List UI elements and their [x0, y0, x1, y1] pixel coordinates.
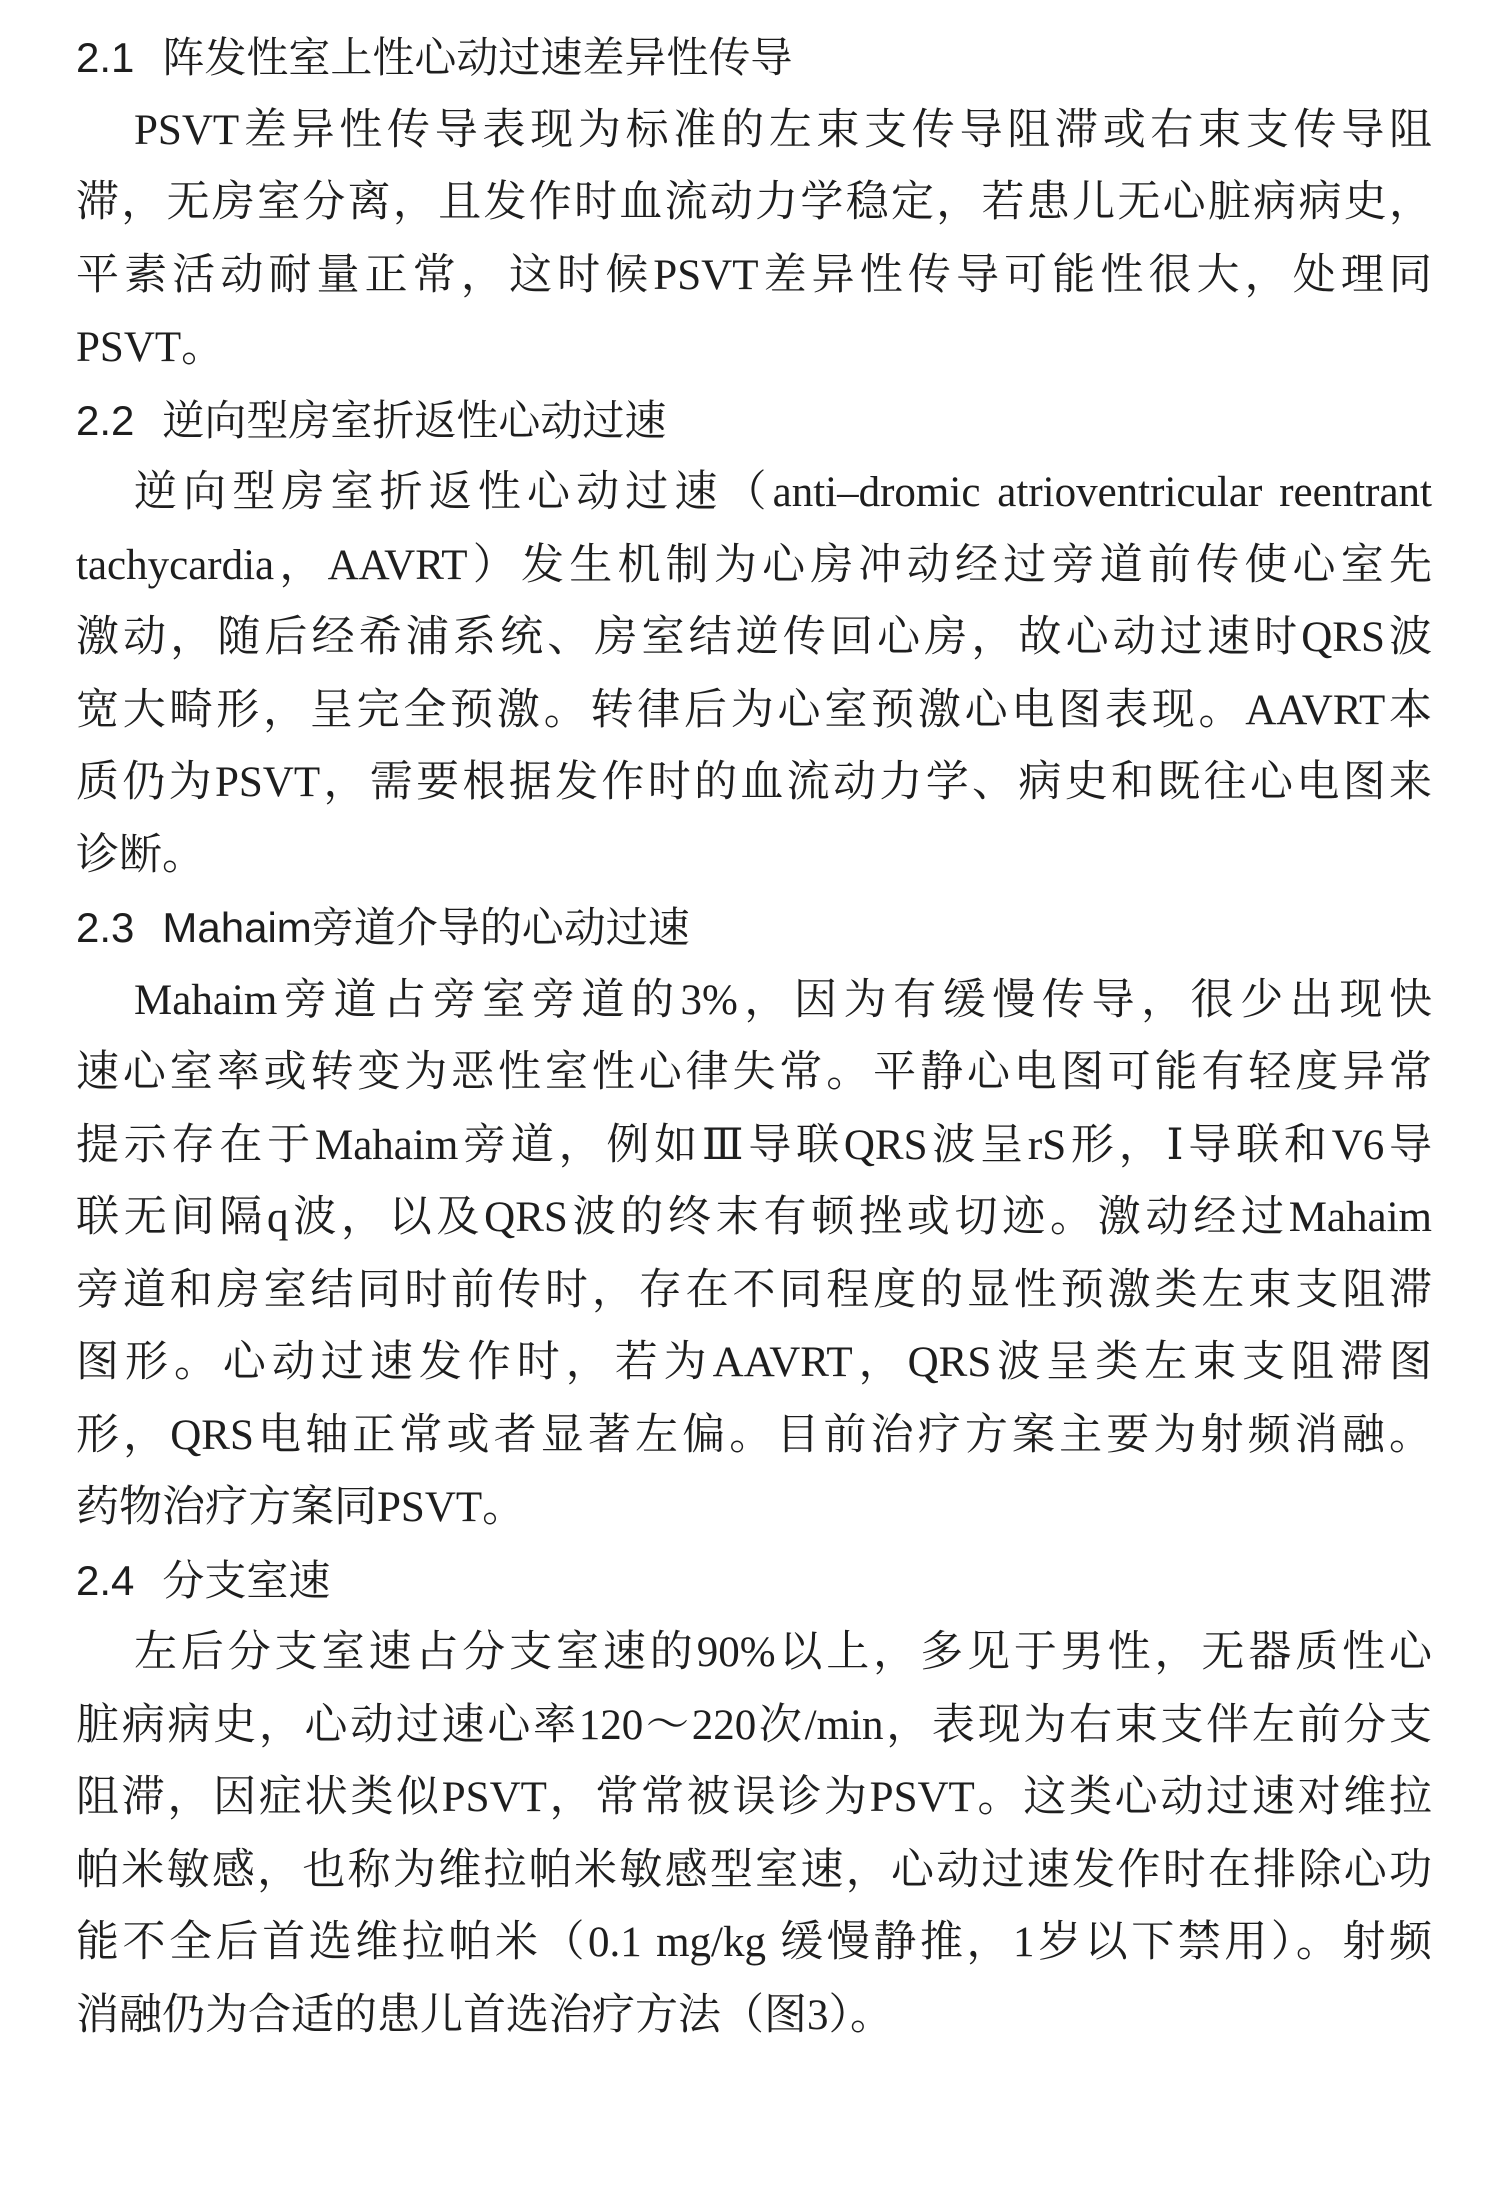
body-line: 速心室率或转变为恶性室性心律失常。平静心电图可能有轻度异常 — [76, 1037, 1432, 1110]
body-line: 逆向型房室折返性心动过速（anti–dromic atrioventricula… — [76, 457, 1432, 530]
body-line: 图形。心动过速发作时，若为AAVRT，QRS波呈类左束支阻滞图 — [76, 1327, 1432, 1400]
body-line: 诊断。 — [76, 820, 1432, 893]
body-line: 提示存在于Mahaim旁道，例如Ⅲ导联QRS波呈rS形，Ⅰ导联和V6导 — [76, 1110, 1432, 1183]
body-line: 阻滞，因症状类似PSVT，常常被误诊为PSVT。这类心动过速对维拉 — [76, 1762, 1432, 1835]
body-line: 旁道和房室结同时前传时，存在不同程度的显性预激类左束支阻滞 — [76, 1255, 1432, 1328]
body-line: 联无间隔q波，以及QRS波的终末有顿挫或切迹。激动经过Mahaim — [76, 1182, 1432, 1255]
section-number: 2.3 — [76, 892, 134, 965]
body-line: 脏病病史，心动过速心率120～220次/min，表现为右束支伴左前分支 — [76, 1690, 1432, 1763]
body-line: 宽大畸形，呈完全预激。转律后为心室预激心电图表现。AAVRT本 — [76, 675, 1432, 748]
section-heading: 2.2逆向型房室折返性心动过速 — [76, 385, 1432, 458]
section-number: 2.4 — [76, 1545, 134, 1618]
section-title: Mahaim旁道介导的心动过速 — [162, 904, 689, 951]
section-number: 2.1 — [76, 22, 134, 95]
section-heading: 2.1阵发性室上性心动过速差异性传导 — [76, 22, 1432, 95]
section-2-1: 2.1阵发性室上性心动过速差异性传导 PSVT差异性传导表现为标准的左束支传导阻… — [76, 22, 1432, 385]
section-title: 分支室速 — [162, 1557, 330, 1604]
body-line: 药物治疗方案同PSVT。 — [76, 1472, 1432, 1545]
body-line: 滞，无房室分离，且发作时血流动力学稳定，若患儿无心脏病病史， — [76, 167, 1432, 240]
body-line: PSVT。 — [76, 312, 1432, 385]
body-line: tachycardia，AAVRT）发生机制为心房冲动经过旁道前传使心室先 — [76, 530, 1432, 603]
body-line: 激动，随后经希浦系统、房室结逆传回心房，故心动过速时QRS波 — [76, 602, 1432, 675]
document-content: 2.1阵发性室上性心动过速差异性传导 PSVT差异性传导表现为标准的左束支传导阻… — [0, 0, 1496, 2052]
body-line: 形，QRS电轴正常或者显著左偏。目前治疗方案主要为射频消融。 — [76, 1400, 1432, 1473]
section-number: 2.2 — [76, 385, 134, 458]
body-line: Mahaim旁道占旁室旁道的3%，因为有缓慢传导，很少出现快 — [76, 965, 1432, 1038]
document-page: 2.1阵发性室上性心动过速差异性传导 PSVT差异性传导表现为标准的左束支传导阻… — [0, 0, 1496, 2196]
section-title: 阵发性室上性心动过速差异性传导 — [162, 34, 792, 81]
body-line: 能不全后首选维拉帕米（0.1 mg/kg 缓慢静推，1岁以下禁用）。射频 — [76, 1907, 1432, 1980]
body-line: PSVT差异性传导表现为标准的左束支传导阻滞或右束支传导阻 — [76, 95, 1432, 168]
body-line: 消融仍为合适的患儿首选治疗方法（图3）。 — [76, 1980, 1432, 2053]
body-line: 平素活动耐量正常，这时候PSVT差异性传导可能性很大，处理同 — [76, 240, 1432, 313]
section-2-3: 2.3Mahaim旁道介导的心动过速 Mahaim旁道占旁室旁道的3%，因为有缓… — [76, 892, 1432, 1545]
section-heading: 2.4分支室速 — [76, 1545, 1432, 1618]
body-line: 帕米敏感，也称为维拉帕米敏感型室速，心动过速发作时在排除心功 — [76, 1835, 1432, 1908]
body-line: 左后分支室速占分支室速的90%以上，多见于男性，无器质性心 — [76, 1617, 1432, 1690]
section-title: 逆向型房室折返性心动过速 — [162, 397, 666, 444]
section-2-4: 2.4分支室速 左后分支室速占分支室速的90%以上，多见于男性，无器质性心 脏病… — [76, 1545, 1432, 2053]
section-heading: 2.3Mahaim旁道介导的心动过速 — [76, 892, 1432, 965]
section-2-2: 2.2逆向型房室折返性心动过速 逆向型房室折返性心动过速（anti–dromic… — [76, 385, 1432, 893]
body-line: 质仍为PSVT，需要根据发作时的血流动力学、病史和既往心电图来 — [76, 747, 1432, 820]
